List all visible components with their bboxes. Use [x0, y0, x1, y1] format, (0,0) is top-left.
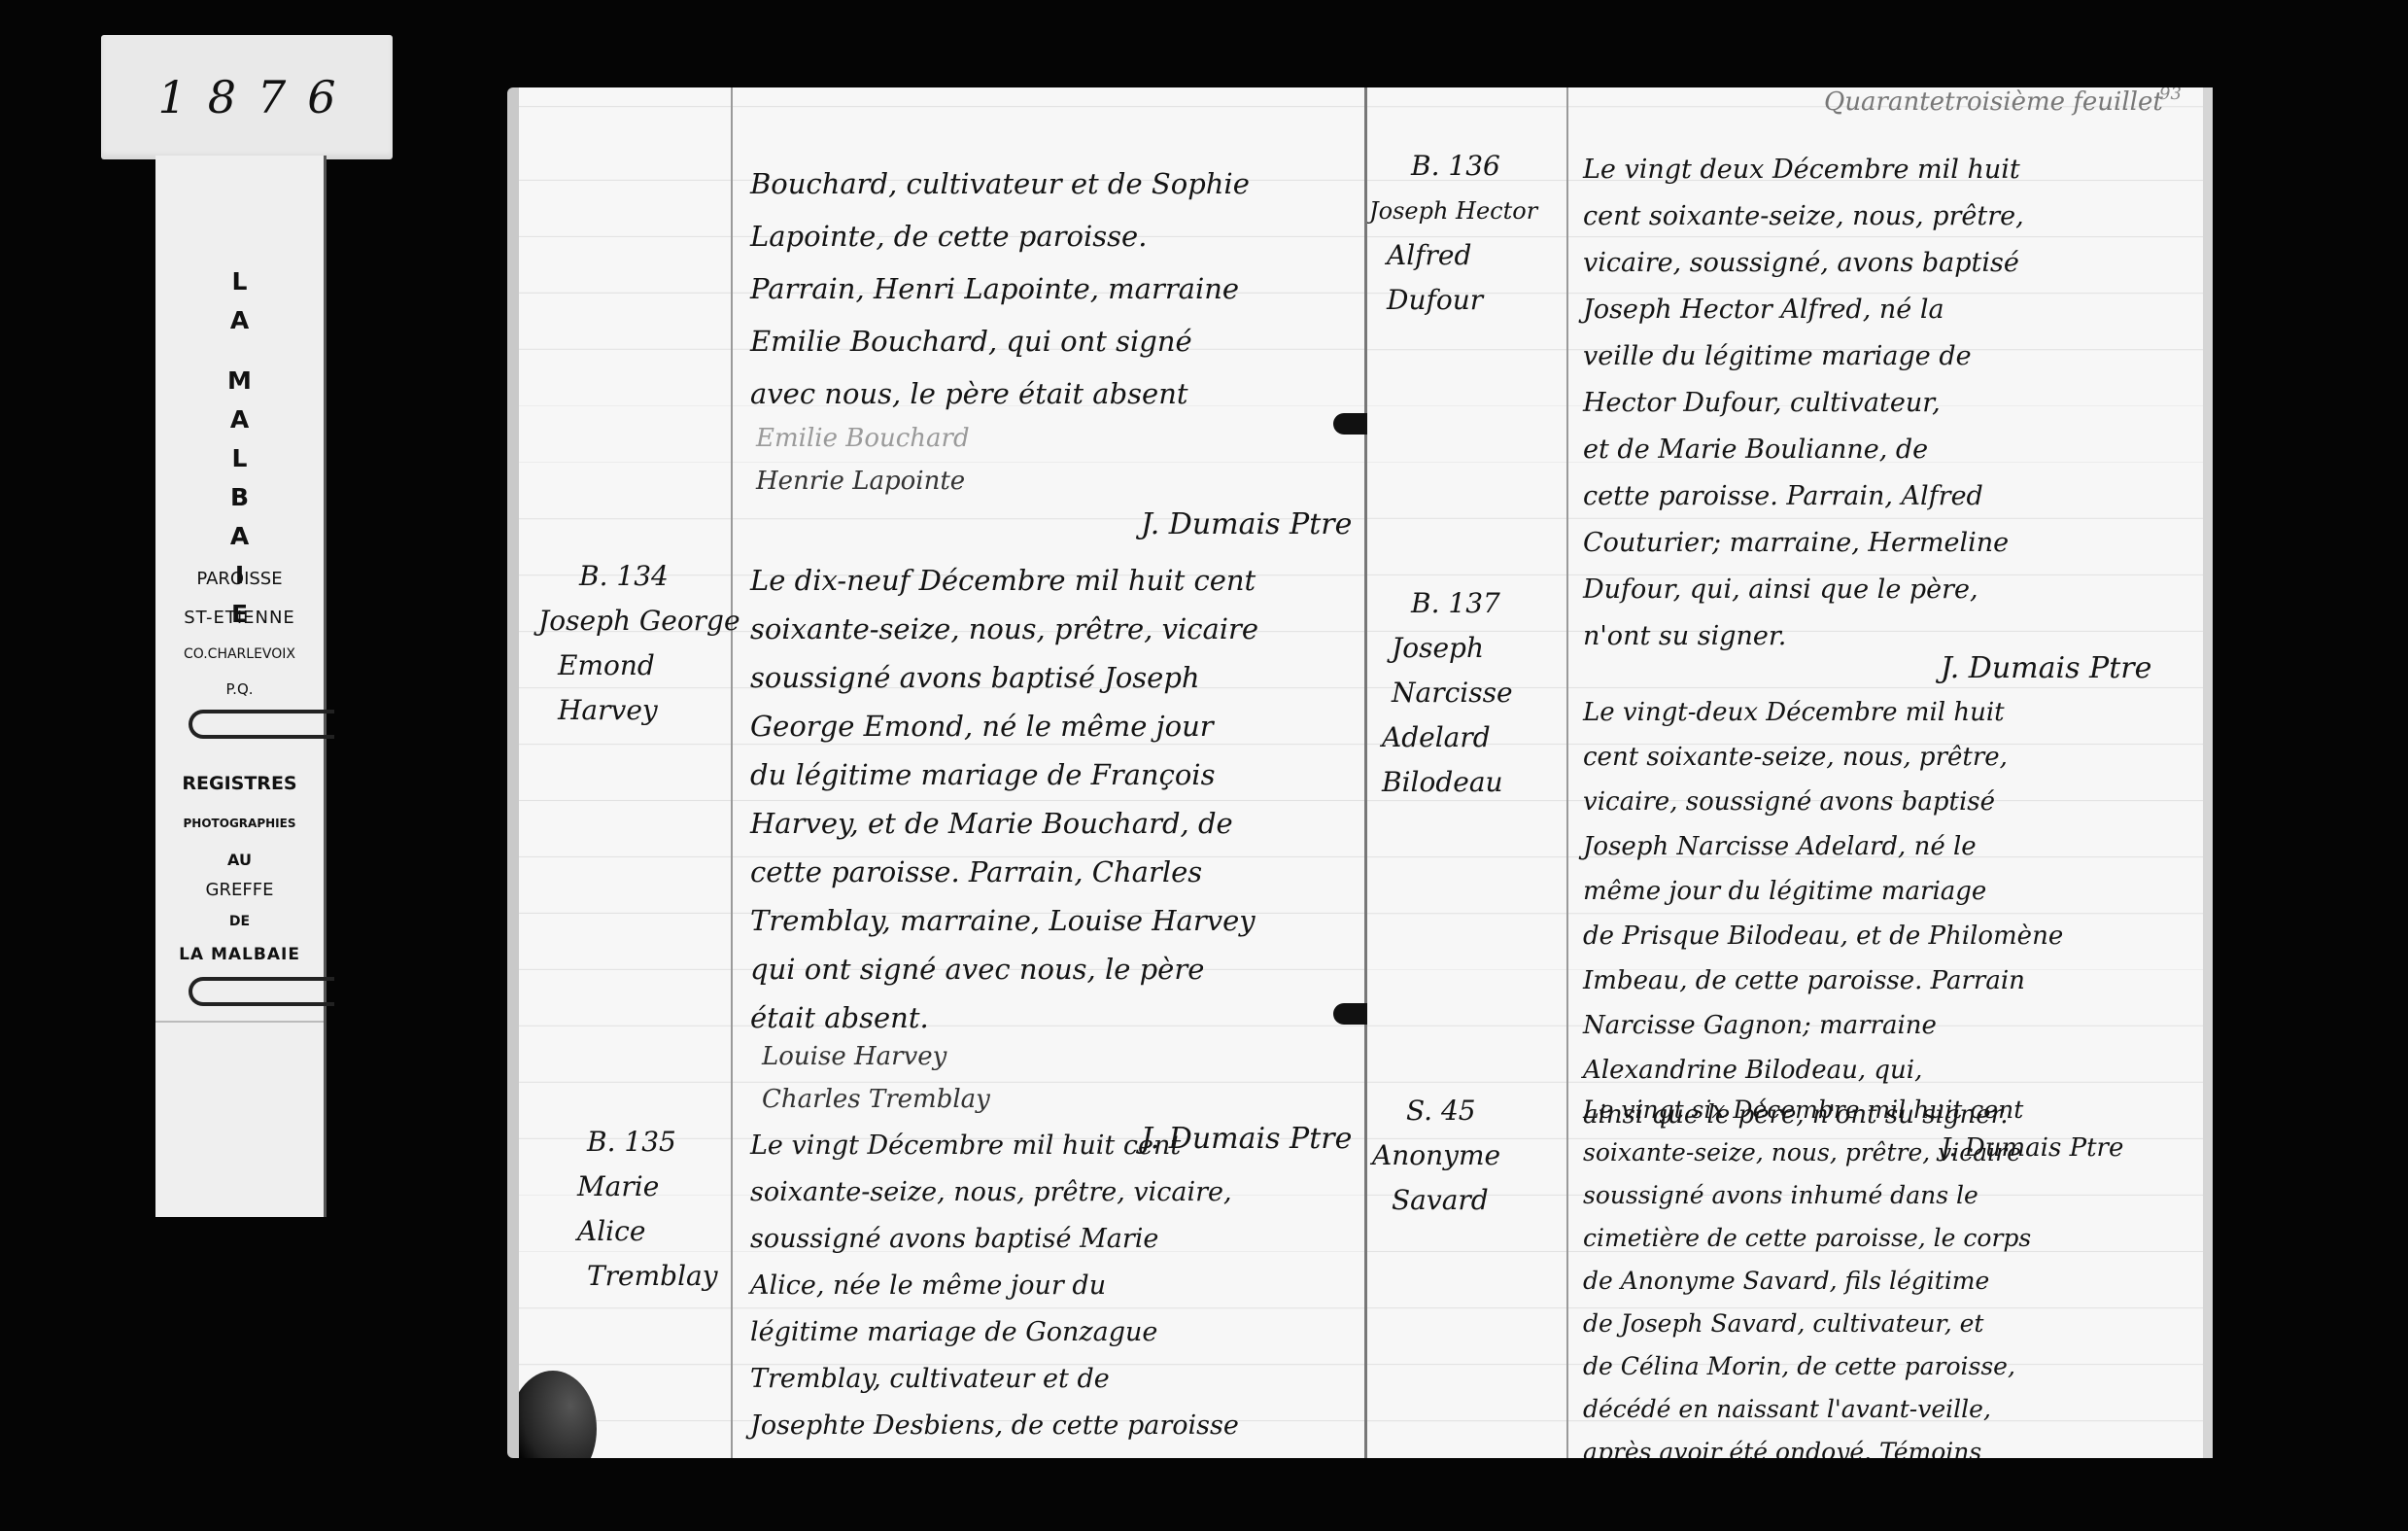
left-page: Bouchard, cultivateur et de Sophie Lapoi… [507, 87, 1367, 1458]
entry-line: Lapointe, de cette paroisse. [750, 208, 1147, 264]
registres-label: REGISTRES [155, 773, 324, 794]
margin-name: Joseph George [538, 599, 740, 644]
entry-line: Bouchard, cultivateur et de Sophie [750, 156, 1250, 212]
entry-line: Le vingt six Décembre mil huit cent [1583, 1089, 2023, 1131]
margin-surname: Savard [1392, 1178, 1489, 1223]
margin-entry-number: B. 137 [1411, 581, 1500, 626]
entry-line: de Anonyme Savard, fils légitime [1583, 1260, 1989, 1303]
margin-name: Adelard [1382, 715, 1491, 760]
year-label: 1876 [136, 71, 357, 123]
margin-surname: Tremblay [587, 1254, 718, 1299]
paper-clip-icon [189, 977, 334, 1006]
strip-divider [155, 1021, 324, 1023]
margin-name: Joseph [1392, 626, 1484, 671]
title-letter: B [230, 478, 249, 517]
entry-line: n'ont su signer. [1583, 609, 1786, 665]
archive-label-strip: L A M A L B A I E PAROISSE ST-ETIENNE CO… [155, 156, 327, 1217]
margin-rule [1566, 87, 1568, 1458]
entry-line: Josephte Desbiens, de cette paroisse [750, 1398, 1239, 1454]
title-letter: M [227, 362, 252, 400]
entry-line: de Célina Morin, de cette paroisse, [1583, 1345, 2015, 1388]
margin-surname: Dufour [1387, 278, 1483, 323]
margin-surname: Harvey [558, 688, 658, 733]
margin-name: Marie [577, 1165, 659, 1209]
entry-line: après avoir été ondoyé. Témoins [1583, 1431, 1981, 1458]
godmother-signature: Emilie Bouchard [756, 424, 970, 453]
godfather-signature: Charles Tremblay [762, 1085, 990, 1114]
margin-surname: Bilodeau [1382, 760, 1503, 805]
entry-line: avec nous, le père était absent [750, 365, 1188, 422]
entry-line: soussigné avons inhumé dans le [1583, 1174, 1978, 1217]
parish-label: PAROISSE [155, 569, 324, 589]
province-label: P.Q. [155, 680, 324, 698]
page-corner-shadow [509, 1371, 597, 1458]
margin-name: Joseph Hector [1369, 189, 1537, 233]
margin-entry-number: B. 134 [579, 554, 669, 599]
title-letter: L [232, 262, 248, 301]
entry-line: décédé en naissant l'avant-veille, [1583, 1388, 1991, 1431]
margin-name: Anonyme [1372, 1133, 1500, 1178]
priest-signature: J. Dumais Ptre [1141, 507, 1352, 541]
title-letter: A [230, 301, 249, 340]
entry-line: Parrain, Henri Lapointe, marraine [750, 261, 1239, 317]
page-number: 93 [2159, 87, 2182, 104]
paper-clip-icon [189, 710, 334, 739]
margin-entry-number: B. 136 [1411, 144, 1500, 189]
title-letter: A [230, 400, 249, 439]
la-malbaie-label: LA MALBAIE [155, 945, 324, 964]
county-label: CO.CHARLEVOIX [155, 646, 324, 662]
entry-line: cimetière de cette paroisse, le corps [1583, 1217, 2031, 1260]
godfather-signature: Henrie Lapointe [756, 467, 965, 496]
photographies-label: PHOTOGRAPHIES [155, 817, 324, 830]
au-label: AU [155, 851, 324, 869]
title-letter: L [232, 439, 248, 478]
scanned-register-image: 1876 L A M A L B A I E PAROISSE ST-ETIEN… [0, 0, 2408, 1531]
margin-name: Emond [558, 644, 655, 688]
greffe-label: GREFFE [155, 880, 324, 900]
entry-line: soixante-seize, nous, prêtre, vicaire [1583, 1131, 2021, 1174]
right-page: Quarantetroisième feuillet 93 B. 136 Jos… [1367, 87, 2213, 1458]
year-label-card: 1876 [101, 35, 393, 159]
margin-name: Narcisse [1392, 671, 1513, 715]
open-register-book: Bouchard, cultivateur et de Sophie Lapoi… [507, 87, 2229, 1458]
margin-entry-number: S. 45 [1406, 1089, 1476, 1133]
entry-line: de Joseph Savard, cultivateur, et [1583, 1303, 1983, 1345]
title-letter: A [230, 517, 249, 556]
margin-rule [731, 87, 733, 1458]
parish-name-label: ST-ETIENNE [155, 608, 324, 628]
priest-signature: J. Dumais Ptre [1941, 651, 2151, 685]
de-label: DE [155, 914, 324, 929]
entry-line: était absent. [750, 990, 929, 1046]
godmother-signature: Louise Harvey [762, 1042, 946, 1071]
margin-name: Alfred [1387, 233, 1471, 278]
entry-line: Emilie Bouchard, qui ont signé [750, 313, 1192, 369]
folio-header: Quarantetroisième feuillet [1824, 87, 2163, 117]
margin-name: Alice [577, 1209, 645, 1254]
margin-entry-number: B. 135 [587, 1120, 676, 1165]
